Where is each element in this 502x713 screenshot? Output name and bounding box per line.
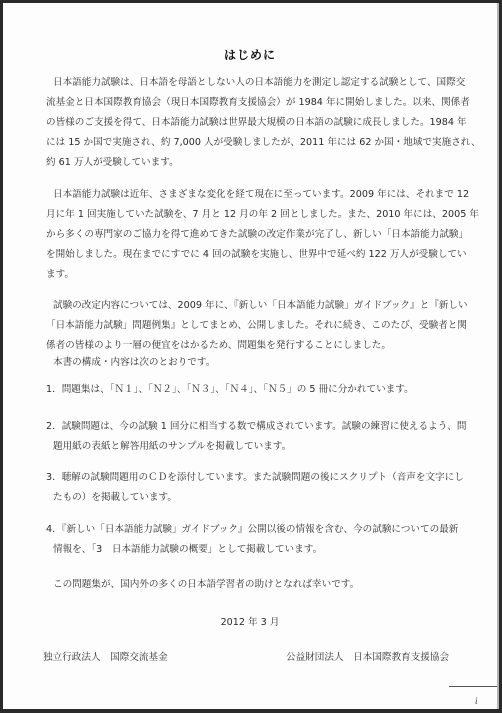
text-line: の皆様のご支援を得て、日本語能力試験は世界最大規模の日本語の試験に成長しました。… (46, 117, 467, 129)
list-line: 問題集は、「Ｎ１」、「Ｎ２」、「Ｎ３」、「Ｎ４」、「Ｎ５」の 5 冊に分かれてい… (62, 384, 414, 395)
publication-date: 2012 年 3 月 (3, 614, 497, 628)
list-item-text: 1．問題集は、「Ｎ１」、「Ｎ２」、「Ｎ３」、「Ｎ４」、「Ｎ５」の 5 冊に分かれ… (46, 384, 414, 396)
organization-right: 公益財団法人 日本国際教育支援協会 (286, 649, 449, 663)
list-line: 情報を、「3 日本語能力試験の概要」として掲載しています。 (53, 544, 322, 556)
document-page: はじめに 日本語能力試験は、日本語を母語としない人の日本語能力を測定し認定する試… (3, 3, 499, 709)
text-line: 係者の皆様のより一層の便宜をはかるため、問題集を発行することにしました。 (46, 340, 391, 352)
list-line: たもの）を掲載しています。 (53, 492, 177, 504)
list-number: 4． (46, 524, 62, 535)
list-item-text: 4．『新しい「日本語能力試験」ガイドブック』公開以後の情報を含む、今の試験につい… (46, 524, 458, 536)
list-item-text: 3．聴解の試験問題用のＣＤを添付しています。また試験問題の後にスクリプト（音声を… (46, 472, 464, 484)
text-line: 約 61 万人が受験しています。 (46, 157, 179, 169)
list-number: 1． (46, 384, 62, 395)
text-line: 日本語能力試験は、日本語を母語としない人の日本語能力を測定し認定する試験として、… (53, 77, 465, 89)
list-number: 3． (46, 472, 62, 483)
closing-remark: この問題集が、国内外の多くの日本語学習者の助けとなれば幸いです。 (53, 579, 359, 591)
text-line: 試験の改定内容については、2009 年に、『新しい「日本語能力試験」ガイドブック… (53, 300, 468, 312)
text-line: を開始しました。現在までにすでに 4 回の試験を実施し、世界中で延べ約 122 … (46, 249, 467, 261)
text-line: 日本語能力試験は近年、さまざまな変化を経て現在に至っています。2009 年には、… (53, 189, 469, 201)
page-title: はじめに (3, 46, 497, 63)
text-line: 流基金と日本国際教育協会（現日本国際教育支援協会）が 1984 年に開始しました… (46, 97, 470, 109)
text-line: には 15 か国で実施され、約 7,000 人が受験しましたが、2011 年には… (46, 137, 481, 149)
list-item-text: 2．試験問題は、今の試験 1 回分に相当する数で構成されています。試験の練習に使… (46, 421, 466, 433)
text-line: 「日本語能力試験」問題例集』としてまとめ、公開しました。それに続き、このたび、受… (46, 320, 467, 332)
list-number: 2． (46, 421, 62, 432)
page-number: i (475, 696, 478, 706)
footer-rule (449, 686, 497, 687)
list-line: 試験問題は、今の試験 1 回分に相当する数で構成されています。試験の練習に使える… (62, 421, 467, 432)
organization-left: 独立行政法人 国際交流基金 (43, 649, 168, 663)
text-line: から多くの専門家のご協力を得て進めてきた試験の改定作業が完了し、新しい「日本語能… (46, 229, 468, 241)
text-line: ます。 (46, 269, 74, 281)
text-line: 本書の構成・内容は次のとおりです。 (53, 357, 215, 369)
list-line: 聴解の試験問題用のＣＤを添付しています。また試験問題の後にスクリプト（音声を文字… (62, 472, 464, 483)
text-line: 月に年 1 回実施していた試験を、7 月と 12 月の年 2 回としました。また… (46, 209, 479, 221)
list-line: 『新しい「日本語能力試験」ガイドブック』公開以後の情報を含む、今の試験についての… (62, 524, 459, 535)
list-line: 題用紙の表紙と解答用紙のサンプルを掲載しています。 (53, 441, 291, 453)
